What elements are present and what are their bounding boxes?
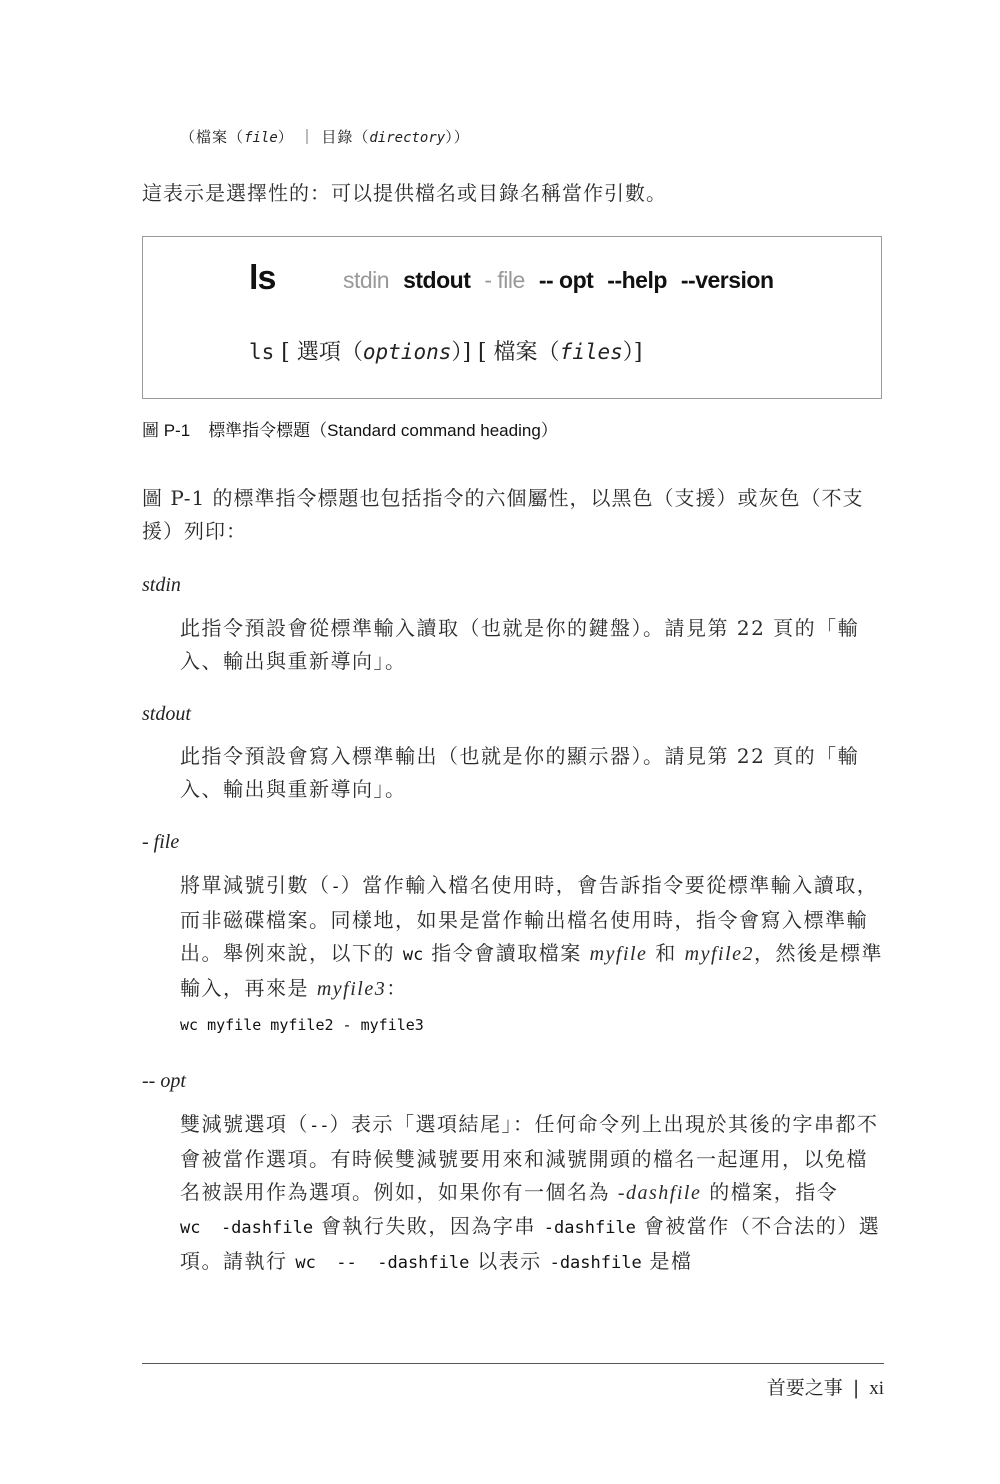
footer-separator: | xyxy=(853,1377,859,1399)
usage-line: ls [ 選項（options）] [ 檔案（files）] xyxy=(249,335,642,366)
dir-label-en: directory xyxy=(369,130,445,146)
attr-help: --help xyxy=(607,267,667,294)
inline-code: -dashfile xyxy=(544,1218,636,1238)
inline-code: wc -dashfile xyxy=(180,1218,313,1238)
code-example: wc myfile myfile2 - myfile3 xyxy=(180,1016,424,1034)
usage-command: ls xyxy=(249,340,274,364)
file-label-zh: 檔案（ xyxy=(196,128,244,146)
inline-code: -- xyxy=(309,1116,329,1136)
attr-version: --version xyxy=(681,267,774,294)
text: ： xyxy=(386,976,408,1000)
usage-files-zh: [ 檔案（ xyxy=(478,340,560,365)
usage-options-close: ）] xyxy=(451,340,471,365)
desc-stdin: 此指令預設會從標準輸入讀取（也就是你的鍵盤）。請見第 22 頁的「輸入、輸出與重… xyxy=(180,612,886,678)
attribute-list: stdinstdout- file-- opt--help--version xyxy=(343,267,788,294)
text: 的檔案，指令 xyxy=(701,1180,838,1204)
body-paragraph: 圖 P-1 的標準指令標題也包括指令的六個屬性，以黑色（支援）或灰色（不支援）列… xyxy=(142,482,884,548)
figure-number: 圖 P-1 xyxy=(142,421,190,440)
footer-divider xyxy=(142,1363,884,1364)
text: 以表示 xyxy=(469,1249,549,1273)
text: 將單減號引數（ xyxy=(180,873,331,897)
syntax-notation-line: （檔案（file） ｜ 目錄（directory）） xyxy=(180,126,470,147)
paren-open: （ xyxy=(180,128,196,146)
filename: myfile xyxy=(590,943,648,965)
page-footer: 首要之事|xi xyxy=(767,1373,884,1400)
usage-options-zh: [ 選項（ xyxy=(281,340,363,365)
desc-opt: 雙減號選項（--）表示「選項結尾」：任何命令列上出現於其後的字串都不會被當作選項… xyxy=(180,1108,886,1280)
command-heading-figure: ls stdinstdout- file-- opt--help--versio… xyxy=(142,236,882,399)
text: 和 xyxy=(647,941,684,965)
usage-options-en: options xyxy=(363,340,452,364)
pipe-separator: ｜ xyxy=(300,128,316,146)
term-stdin: stdin xyxy=(142,574,181,597)
term-opt: -- opt xyxy=(142,1070,186,1093)
dir-label-zh: 目錄（ xyxy=(321,128,369,146)
desc-stdout: 此指令預設會寫入標準輸出（也就是你的顯示器）。請見第 22 頁的「輸入、輸出與重… xyxy=(180,740,886,806)
figure-caption: 圖 P-1標準指令標題（Standard command heading） xyxy=(142,416,558,441)
attr-opt: -- opt xyxy=(539,267,593,294)
attr-stdout: stdout xyxy=(403,267,470,294)
desc-file: 將單減號引數（-）當作輸入檔名使用時，會告訴指令要從標準輸入讀取，而非磁碟檔案。… xyxy=(180,869,886,1006)
filename: myfile3 xyxy=(317,978,386,1000)
filename: myfile2 xyxy=(685,943,754,965)
text: 會執行失敗，因為字串 xyxy=(313,1214,544,1238)
attr-file: - file xyxy=(484,267,524,294)
filename: -dashfile xyxy=(618,1182,702,1204)
page-number: xi xyxy=(869,1378,884,1399)
term-file: - file xyxy=(142,831,179,854)
inline-code: - xyxy=(331,877,341,897)
chapter-title: 首要之事 xyxy=(767,1377,843,1399)
file-label-en: file xyxy=(244,130,278,146)
intro-paragraph: 這表示是選擇性的：可以提供檔名或目錄名稱當作引數。 xyxy=(142,177,884,210)
inline-code: wc -- -dashfile xyxy=(295,1253,469,1273)
inline-code: -dashfile xyxy=(550,1253,642,1273)
usage-files-close: ）] xyxy=(623,340,643,365)
text: 是檔 xyxy=(642,1249,693,1273)
paren-close: ） xyxy=(278,128,294,146)
text: 雙減號選項（ xyxy=(180,1112,309,1136)
usage-files-en: files xyxy=(560,340,623,364)
figure-caption-text: 標準指令標題（Standard command heading） xyxy=(208,421,558,440)
inline-code: wc xyxy=(403,945,423,965)
command-name: ls xyxy=(249,259,275,298)
paren-close-double: ）） xyxy=(445,128,470,146)
attr-stdin: stdin xyxy=(343,267,389,294)
text: 指令會讀取檔案 xyxy=(423,941,589,965)
term-stdout: stdout xyxy=(142,703,191,726)
